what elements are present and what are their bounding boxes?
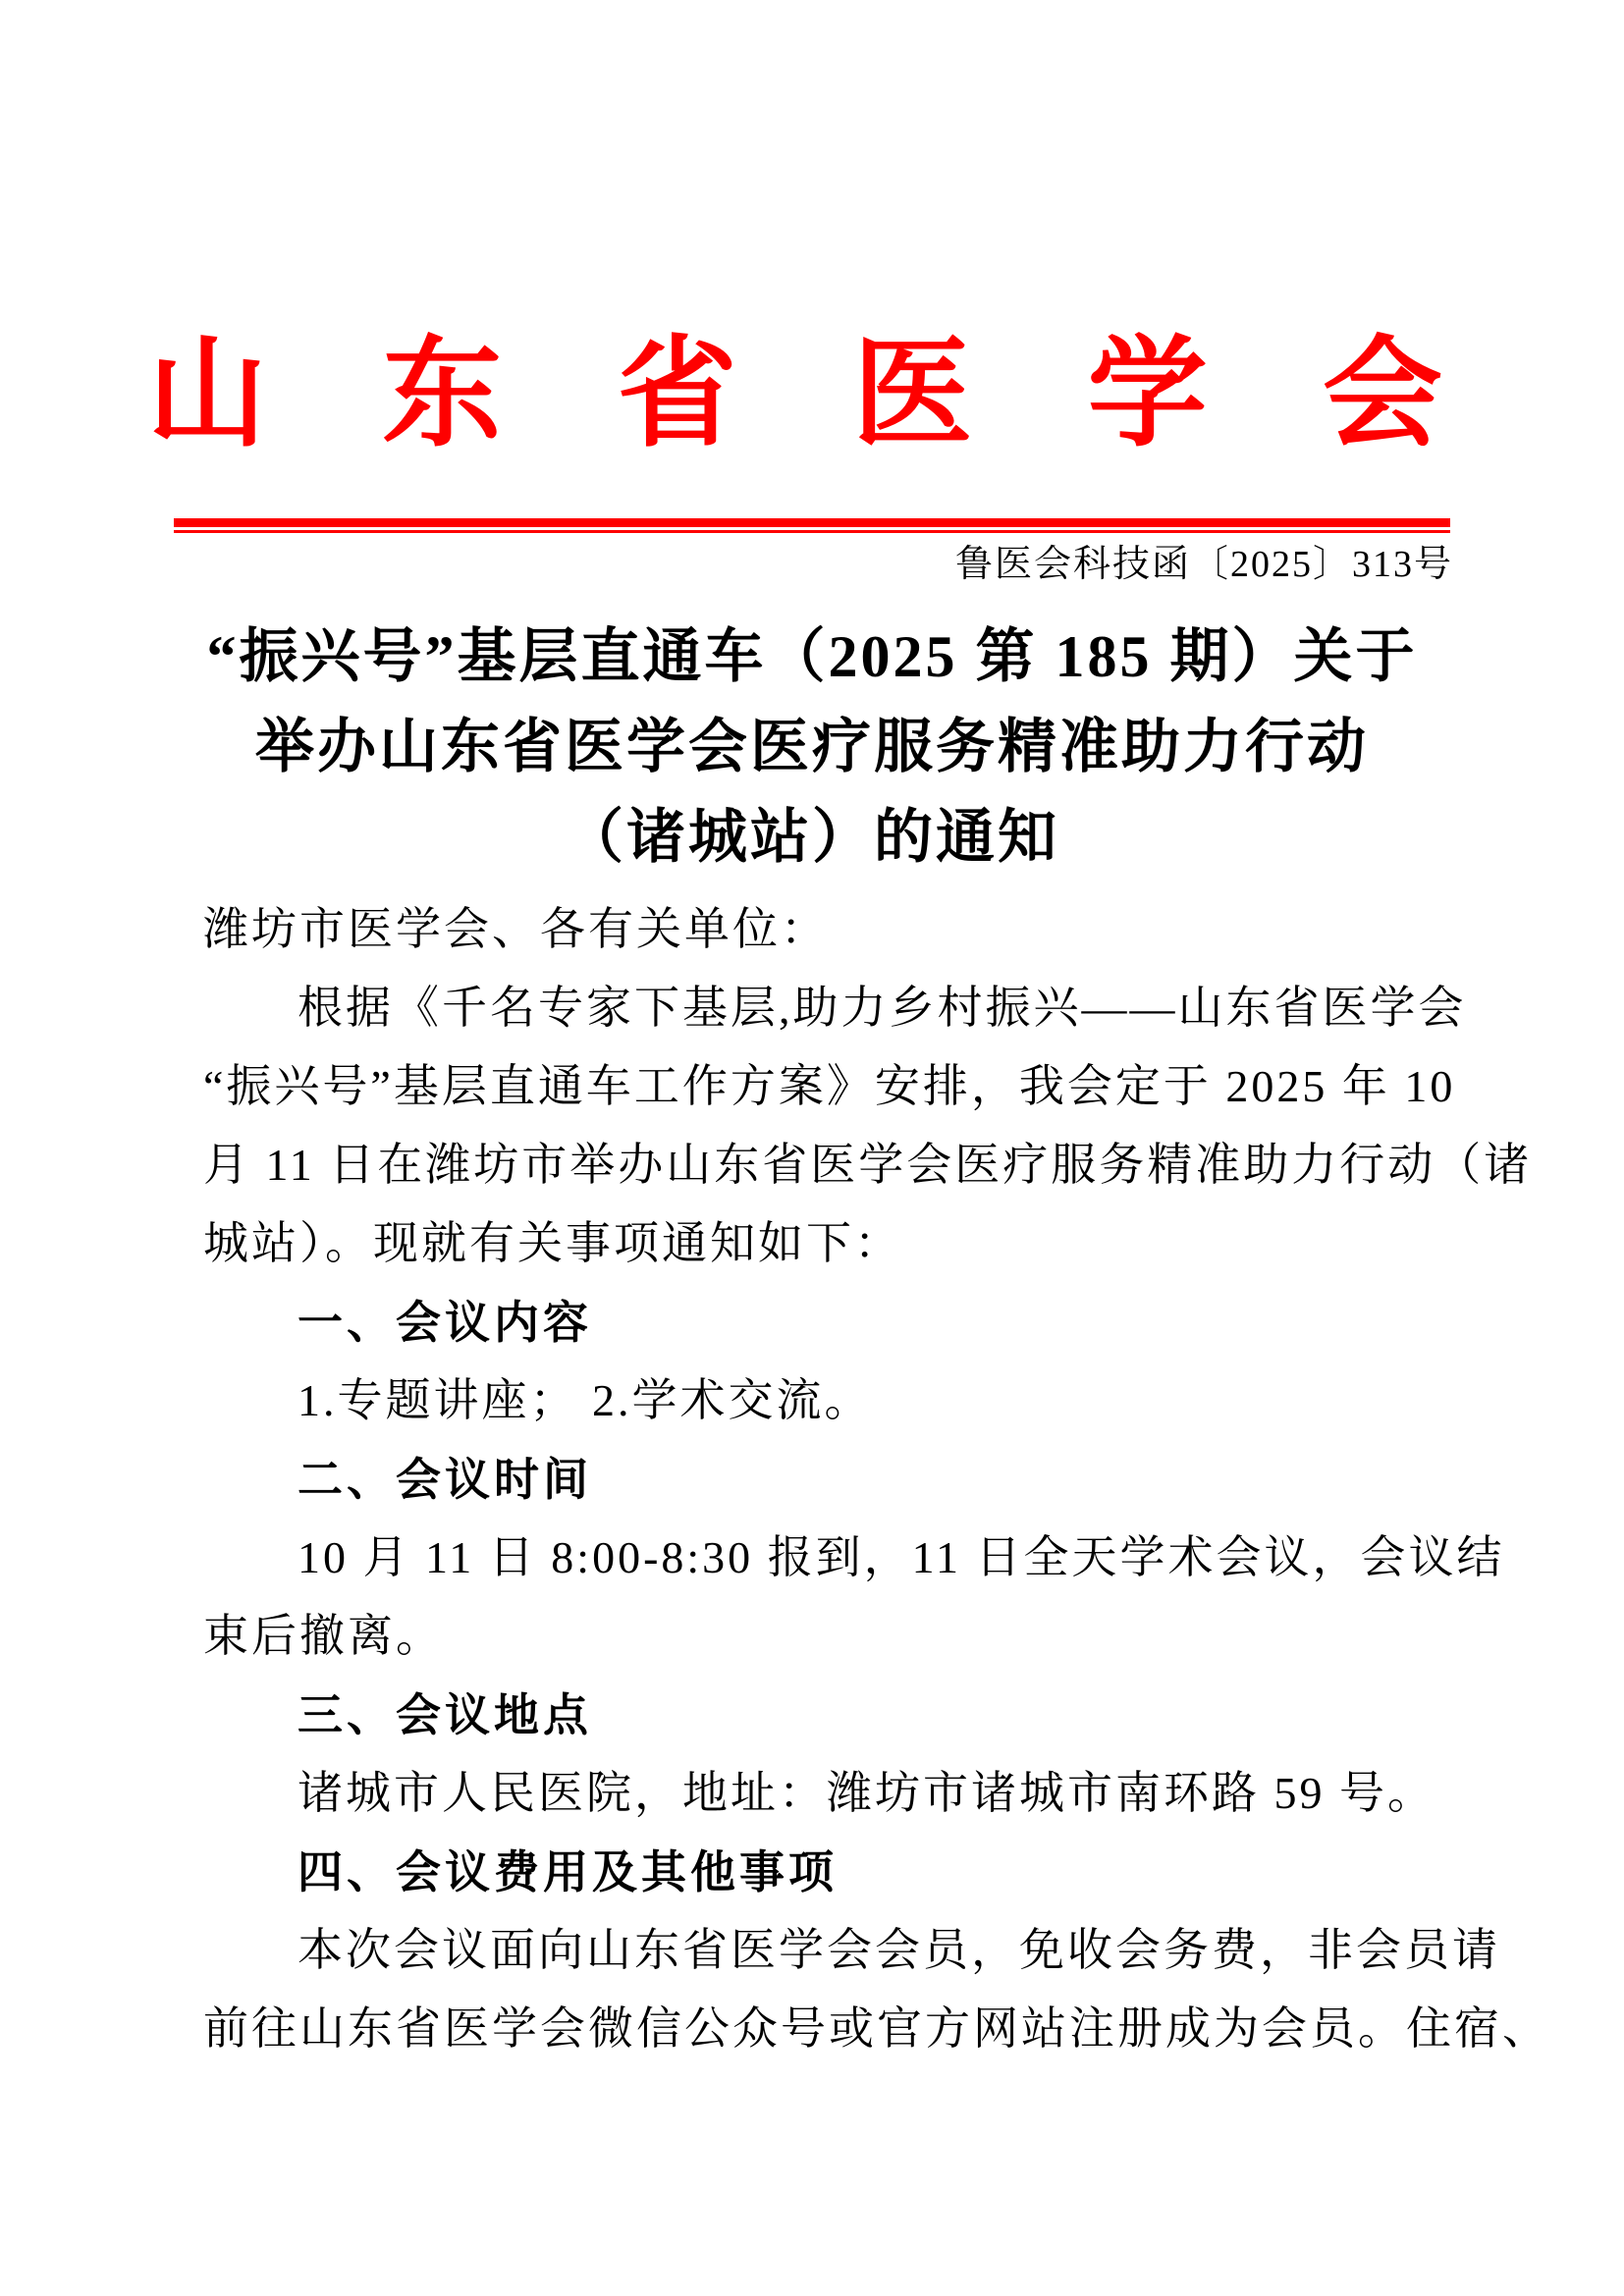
section-1-content: 1.专题讲座； 2.学术交流。 bbox=[203, 1362, 1428, 1440]
section-2-heading: 二、会议时间 bbox=[203, 1440, 1428, 1519]
document-page: 山 东 省 医 学 会 鲁医会科技函〔2025〕313号 “振兴号”基层直通车（… bbox=[0, 0, 1624, 2296]
red-separator-rule bbox=[174, 518, 1450, 533]
intro-paragraph-line: “振兴号”基层直通车工作方案》安排，我会定于 2025 年 10 bbox=[203, 1047, 1428, 1126]
document-body: 潍坊市医学会、各有关单位： 根据《千名专家下基层,助力乡村振兴——山东省医学会 … bbox=[0, 890, 1624, 2068]
section-2-content: 10 月 11 日 8:00-8:30 报到，11 日全天学术会议，会议结 bbox=[203, 1519, 1428, 1597]
org-name-char: 省 bbox=[618, 324, 737, 466]
red-rule-thick-line bbox=[174, 518, 1450, 527]
section-1-heading: 一、会议内容 bbox=[203, 1283, 1428, 1362]
section-4-heading: 四、会议费用及其他事项 bbox=[203, 1833, 1428, 1911]
document-reference-number: 鲁医会科技函〔2025〕313号 bbox=[0, 541, 1624, 588]
red-rule-thin-line bbox=[174, 530, 1450, 533]
section-3-content: 诸城市人民医院，地址：潍坊市诸城市南环路 59 号。 bbox=[203, 1754, 1428, 1833]
letterhead-org-name: 山 东 省 医 学 会 bbox=[0, 324, 1624, 466]
org-name-char: 医 bbox=[852, 324, 972, 466]
salutation: 潍坊市医学会、各有关单位： bbox=[203, 890, 1428, 969]
intro-paragraph-line: 根据《千名专家下基层,助力乡村振兴——山东省医学会 bbox=[203, 969, 1428, 1047]
org-name-char: 东 bbox=[382, 324, 502, 466]
section-3-heading: 三、会议地点 bbox=[203, 1676, 1428, 1754]
intro-paragraph-line: 城站）。现就有关事项通知如下： bbox=[203, 1204, 1428, 1283]
document-title-line: 举办山东省医学会医疗服务精准助力行动 bbox=[0, 702, 1624, 792]
org-name-char: 学 bbox=[1088, 324, 1208, 466]
section-2-content: 束后撤离。 bbox=[203, 1597, 1428, 1676]
org-name-char: 山 bbox=[147, 324, 267, 466]
document-title-line: （诸城站）的通知 bbox=[0, 792, 1624, 882]
document-title: “振兴号”基层直通车（2025 第 185 期）关于 举办山东省医学会医疗服务精… bbox=[0, 612, 1624, 882]
document-title-line: “振兴号”基层直通车（2025 第 185 期）关于 bbox=[0, 612, 1624, 702]
section-4-content: 本次会议面向山东省医学会会员，免收会务费，非会员请 bbox=[203, 1911, 1428, 1990]
org-name-char: 会 bbox=[1323, 324, 1442, 466]
section-4-content: 前往山东省医学会微信公众号或官方网站注册成为会员。住宿、 bbox=[203, 1990, 1428, 2068]
intro-paragraph-line: 月 11 日在潍坊市举办山东省医学会医疗服务精准助力行动（诸 bbox=[203, 1126, 1428, 1204]
